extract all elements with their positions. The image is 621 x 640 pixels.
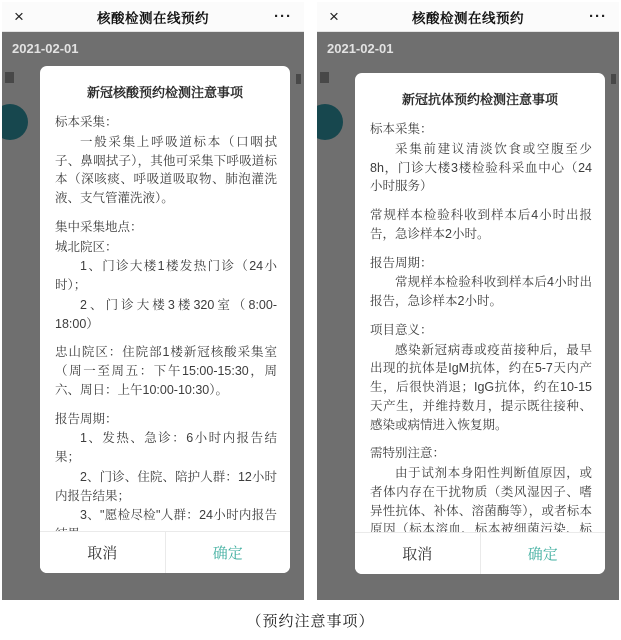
more-menu-icon[interactable]: ···: [262, 9, 292, 24]
dialog-body[interactable]: 标本采集：一般采集上呼吸道标本（口咽拭子、鼻咽拭子），其他可采集下呼吸道标本（深…: [40, 109, 290, 531]
notice-dialog: 新冠抗体预约检测注意事项 标本采集：采集前建议清淡饮食或空腹至少8h，门诊大楼3…: [355, 73, 605, 574]
cancel-button[interactable]: 取消: [40, 532, 165, 573]
notice-dialog: 新冠核酸预约检测注意事项 标本采集：一般采集上呼吸道标本（口咽拭子、鼻咽拭子），…: [40, 66, 290, 573]
dialog-button-row: 取消 确定: [355, 532, 605, 574]
date-label: 2021-02-01: [317, 32, 619, 56]
screen-nucleic-acid: × 核酸检测在线预约 ··· 2021-02-01 新冠核酸预约检测注意事项 标…: [2, 2, 304, 600]
dialog-paragraph: 1、发热、急诊：6小时内报告结果；: [55, 429, 277, 467]
dialog-paragraph: 需特别注意：: [370, 444, 592, 463]
dialog-paragraph: 报告周期：: [55, 410, 277, 429]
dialog-paragraph: 标本采集：: [55, 113, 277, 132]
confirm-button[interactable]: 确定: [165, 532, 291, 573]
obscured-text-fragment: [5, 72, 14, 83]
close-icon[interactable]: ×: [14, 8, 44, 25]
obscured-text-fragment: [296, 74, 301, 84]
obscured-text-fragment: [320, 72, 329, 83]
dialog-paragraph: 报告周期：: [370, 254, 592, 273]
screen-antibody: × 核酸检测在线预约 ··· 2021-02-01 新冠抗体预约检测注意事项 标…: [317, 2, 619, 600]
dialog-paragraph: 集中采集地点：: [55, 218, 277, 237]
dialog-paragraph: 2、门诊大楼3楼320室（8:00-18:00）: [55, 296, 277, 334]
dialog-title: 新冠抗体预约检测注意事项: [355, 73, 605, 116]
dialog-paragraph: 项目意义：: [370, 321, 592, 340]
dialog-paragraph: 2、门诊、住院、陪护人群：12小时内报告结果；: [55, 468, 277, 506]
dialog-paragraph: 1、门诊大楼1楼发热门诊（24小时）；: [55, 257, 277, 295]
dialog-paragraph: 由于试剂本身阳性判断值原因，或者体内存在干扰物质（类风湿因子、嗜异性抗体、补体、…: [370, 464, 592, 532]
dialog-paragraph: 城北院区：: [55, 238, 277, 257]
avatar-circle: [317, 104, 343, 140]
dialog-paragraph: 常规样本检验科收到样本后4小时出报告，急诊样本2小时。: [370, 206, 592, 244]
confirm-button[interactable]: 确定: [480, 533, 606, 574]
dialog-paragraph: 一般采集上呼吸道标本（口咽拭子、鼻咽拭子），其他可采集下呼吸道标本（深咳痰、呼吸…: [55, 133, 277, 208]
cancel-button[interactable]: 取消: [355, 533, 480, 574]
dialog-paragraph: 标本采集：: [370, 120, 592, 139]
close-icon[interactable]: ×: [329, 8, 359, 25]
appbar-title: 核酸检测在线预约: [359, 7, 577, 27]
obscured-text-fragment: [611, 74, 616, 84]
page: × 核酸检测在线预约 ··· 2021-02-01 新冠核酸预约检测注意事项 标…: [0, 0, 621, 640]
dialog-paragraph: 采集前建议清淡饮食或空腹至少8h，门诊大楼3楼检验科采血中心（24小时服务）: [370, 140, 592, 196]
more-menu-icon[interactable]: ···: [577, 9, 607, 24]
dialog-button-row: 取消 确定: [40, 531, 290, 573]
figure-caption: （预约注意事项）: [0, 600, 621, 631]
dialog-body[interactable]: 标本采集：采集前建议清淡饮食或空腹至少8h，门诊大楼3楼检验科采血中心（24小时…: [355, 116, 605, 532]
dialog-paragraph: 感染新冠病毒或疫苗接种后，最早出现的抗体是IgM抗体，约在5-7天内产生，后很快…: [370, 341, 592, 435]
appbar: × 核酸检测在线预约 ···: [2, 2, 304, 32]
dialog-paragraph: 忠山院区：住院部1楼新冠核酸采集室（周一至周五：下午15:00-15:30，周六…: [55, 343, 277, 399]
dimmed-background: 2021-02-01 新冠抗体预约检测注意事项 标本采集：采集前建议清淡饮食或空…: [317, 32, 619, 600]
appbar-title: 核酸检测在线预约: [44, 7, 262, 27]
dimmed-background: 2021-02-01 新冠核酸预约检测注意事项 标本采集：一般采集上呼吸道标本（…: [2, 32, 304, 600]
dialog-paragraph: 3、"愿检尽检"人群：24小时内报告结果。: [55, 506, 277, 531]
dialog-title: 新冠核酸预约检测注意事项: [40, 66, 290, 109]
screenshot-pair: × 核酸检测在线预约 ··· 2021-02-01 新冠核酸预约检测注意事项 标…: [0, 0, 621, 600]
dialog-paragraph: 常规样本检验科收到样本后4小时出报告，急诊样本2小时。: [370, 273, 592, 311]
date-label: 2021-02-01: [2, 32, 304, 56]
appbar: × 核酸检测在线预约 ···: [317, 2, 619, 32]
avatar-circle: [2, 104, 28, 140]
